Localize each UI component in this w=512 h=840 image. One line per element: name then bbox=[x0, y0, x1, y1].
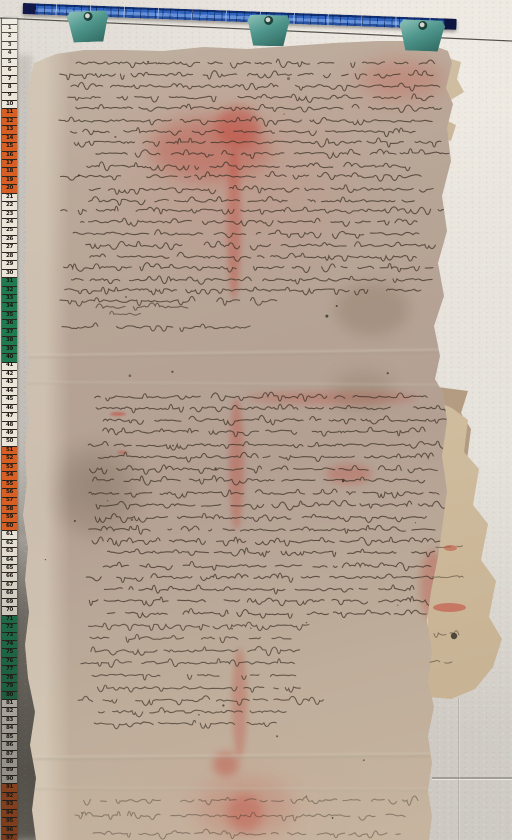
ruler-cm-cell: 25 bbox=[2, 227, 17, 235]
ink-speck bbox=[332, 817, 334, 819]
ruler-cm-number: 85 bbox=[6, 735, 13, 741]
ruler-cm-number: 77 bbox=[6, 667, 13, 673]
ruler-cm-cell: 74 bbox=[2, 640, 17, 648]
ruler-cm-cell: 2 bbox=[2, 32, 17, 40]
ruler-cm-number: 6 bbox=[8, 68, 12, 74]
ruler-cm-number: 19 bbox=[6, 178, 13, 184]
ruler-cm-number: 55 bbox=[6, 482, 13, 488]
ruler-cm-number: 74 bbox=[6, 642, 13, 648]
ruler-cm-number: 22 bbox=[6, 203, 13, 209]
ruler-cm-number: 81 bbox=[6, 701, 13, 707]
photo-scene: 1234567891011121314151617181920212223242… bbox=[0, 0, 512, 840]
ruler-cm-cell: 75 bbox=[2, 648, 17, 656]
vertical-measuring-tape: 1234567891011121314151617181920212223242… bbox=[2, 18, 17, 840]
handwriting-line bbox=[89, 197, 414, 206]
ruler-cm-cell: 94 bbox=[2, 809, 17, 817]
ruler-cm-number: 66 bbox=[6, 574, 13, 580]
ruler-cm-cell: 21 bbox=[2, 193, 17, 201]
ruler-cm-cell: 73 bbox=[2, 632, 17, 640]
ink-speck bbox=[415, 522, 416, 523]
ruler-cm-number: 52 bbox=[6, 456, 13, 462]
clip-handle-hole bbox=[83, 12, 92, 21]
ruler-cm-cell: 46 bbox=[2, 404, 17, 412]
ruler-cm-cell: 10 bbox=[2, 100, 17, 108]
ruler-cm-number: 45 bbox=[6, 397, 13, 403]
ruler-cm-cell: 92 bbox=[2, 792, 17, 800]
ruler-cm-number: 47 bbox=[6, 414, 13, 420]
handwriting-line bbox=[90, 465, 438, 474]
handwriting-line bbox=[68, 94, 433, 103]
ruler-cm-cell: 56 bbox=[2, 488, 17, 496]
ruler-cm-cell: 63 bbox=[2, 547, 17, 555]
ruler-cm-number: 67 bbox=[6, 583, 13, 589]
ink-speck bbox=[172, 445, 174, 447]
ruler-cm-number: 29 bbox=[6, 262, 13, 268]
handwriting-line bbox=[92, 674, 296, 680]
ink-speck bbox=[306, 795, 307, 796]
ruler-cm-cell: 7 bbox=[2, 75, 17, 83]
ruler-cm-cell: 15 bbox=[2, 142, 17, 150]
handwriting-line bbox=[98, 452, 433, 462]
ruler-cm-number: 41 bbox=[6, 363, 13, 369]
ruler-cm-number: 50 bbox=[6, 439, 13, 445]
ink-speck bbox=[81, 812, 83, 814]
ruler-cm-number: 42 bbox=[6, 372, 13, 378]
ruler-cm-number: 69 bbox=[6, 600, 13, 606]
handwriting-line bbox=[89, 622, 309, 630]
seal-stain bbox=[227, 148, 241, 300]
ruler-cm-cell: 72 bbox=[2, 623, 17, 631]
ruler-cm-cell: 11 bbox=[2, 108, 17, 116]
ruler-cm-number: 61 bbox=[6, 532, 13, 538]
ruler-cm-cell: 18 bbox=[2, 167, 17, 175]
handwriting-line bbox=[96, 303, 188, 310]
ruler-cm-number: 80 bbox=[6, 693, 13, 699]
handwriting-line bbox=[97, 685, 300, 692]
ruler-cm-cell: 45 bbox=[2, 395, 17, 403]
ruler-cm-cell: 66 bbox=[2, 572, 17, 580]
ruler-cm-cell: 77 bbox=[2, 665, 17, 673]
ruler-cm-number: 9 bbox=[8, 93, 12, 99]
ruler-cm-cell: 57 bbox=[2, 497, 17, 505]
seal-stain bbox=[216, 106, 260, 148]
handwriting-line bbox=[76, 104, 442, 112]
ruler-cm-cell: 85 bbox=[2, 733, 17, 741]
ruler-cm-number: 33 bbox=[6, 296, 13, 302]
ruler-cm-number: 65 bbox=[6, 566, 13, 572]
ink-speck bbox=[78, 174, 80, 176]
ruler-cm-cell: 80 bbox=[2, 691, 17, 699]
ruler-cm-number: 44 bbox=[6, 389, 13, 395]
ruler-cm-cell: 3 bbox=[2, 41, 17, 49]
ruler-cm-cell: 82 bbox=[2, 707, 17, 715]
ruler-cm-number: 21 bbox=[6, 195, 13, 201]
seal-stain bbox=[232, 648, 247, 758]
ruler-cm-cell: 33 bbox=[2, 294, 17, 302]
ruler-cm-number: 83 bbox=[6, 718, 13, 724]
ruler-cm-number: 25 bbox=[6, 228, 13, 234]
ruler-cm-number: 28 bbox=[6, 254, 13, 260]
ruler-cm-number: 93 bbox=[6, 802, 13, 808]
ruler-cm-number: 96 bbox=[6, 828, 13, 834]
ruler-cm-cell: 44 bbox=[2, 387, 17, 395]
water-stain bbox=[332, 370, 394, 412]
ruler-cm-cell: 79 bbox=[2, 682, 17, 690]
ruler-cm-number: 46 bbox=[6, 406, 13, 412]
ruler-cm-number: 90 bbox=[6, 777, 13, 783]
ruler-cm-number: 72 bbox=[6, 625, 13, 631]
handwriting-line bbox=[61, 206, 446, 214]
seal-stain bbox=[110, 412, 126, 416]
ruler-cm-number: 32 bbox=[6, 288, 13, 294]
ruler-cm-number: 63 bbox=[6, 549, 13, 555]
handwriting-line bbox=[73, 230, 419, 239]
wall-seam-line bbox=[432, 777, 512, 779]
paper-crease bbox=[25, 349, 443, 358]
ruler-cm-cell: 20 bbox=[2, 184, 17, 192]
ruler-cm-cell: 64 bbox=[2, 556, 17, 564]
ruler-cm-number: 24 bbox=[6, 220, 13, 226]
ruler-cm-number: 78 bbox=[6, 676, 13, 682]
handwriting-line bbox=[86, 241, 450, 250]
ink-speck bbox=[147, 61, 149, 63]
ruler-cm-cell: 67 bbox=[2, 581, 17, 589]
ruler-cm-cell: 32 bbox=[2, 286, 17, 294]
ruler-cm-cell: 96 bbox=[2, 826, 17, 834]
ruler-cm-cell: 29 bbox=[2, 260, 17, 268]
ruler-cm-number: 71 bbox=[6, 617, 13, 623]
ruler-cm-cell: 65 bbox=[2, 564, 17, 572]
ruler-cm-number: 35 bbox=[6, 313, 13, 319]
handwriting-line bbox=[108, 548, 435, 557]
ruler-cm-cell: 58 bbox=[2, 505, 17, 513]
ruler-cm-cell: 13 bbox=[2, 125, 17, 133]
seal-stain bbox=[326, 464, 372, 484]
ruler-cm-cell: 55 bbox=[2, 480, 17, 488]
water-stain bbox=[58, 450, 136, 538]
handwriting-line bbox=[95, 513, 426, 522]
handwriting-line bbox=[103, 427, 425, 437]
ruler-cm-number: 7 bbox=[8, 77, 12, 83]
ink-speck bbox=[363, 759, 365, 761]
ruler-cm-number: 49 bbox=[6, 431, 13, 437]
ruler-cm-cell: 37 bbox=[2, 328, 17, 336]
handwriting-line bbox=[110, 311, 152, 315]
ruler-cm-cell: 47 bbox=[2, 412, 17, 420]
ruler-cm-cell: 50 bbox=[2, 437, 17, 445]
handwriting-line bbox=[103, 561, 431, 570]
ruler-cm-number: 54 bbox=[6, 473, 13, 479]
ruler-cm-number: 87 bbox=[6, 752, 13, 758]
ruler-cm-cell: 24 bbox=[2, 218, 17, 226]
ruler-cm-number: 8 bbox=[8, 85, 12, 91]
handwriting-line bbox=[91, 646, 311, 655]
handwriting-line bbox=[89, 525, 435, 534]
handwriting-line bbox=[96, 500, 448, 510]
handwriting-line bbox=[90, 634, 291, 642]
ruler-cm-number: 31 bbox=[6, 279, 13, 285]
handwriting-line bbox=[86, 573, 437, 582]
ruler-cm-number: 16 bbox=[6, 153, 13, 159]
ruler-cm-number: 36 bbox=[6, 321, 13, 327]
ruler-cm-cell: 97 bbox=[2, 834, 17, 840]
ruler-cm-cell: 51 bbox=[2, 446, 17, 454]
ruler-cm-number: 57 bbox=[6, 498, 13, 504]
ruler-cm-cell: 61 bbox=[2, 530, 17, 538]
ruler-cm-number: 20 bbox=[6, 186, 13, 192]
ruler-cm-cell: 35 bbox=[2, 311, 17, 319]
ruler-cm-number: 5 bbox=[8, 60, 12, 66]
ruler-cm-number: 73 bbox=[6, 633, 13, 639]
ruler-cm-number: 53 bbox=[6, 465, 13, 471]
handwriting-line bbox=[60, 296, 277, 306]
ink-speck bbox=[287, 77, 290, 80]
ruler-cm-number: 38 bbox=[6, 338, 13, 344]
handwriting-line bbox=[89, 185, 433, 194]
bulldog-clip bbox=[247, 15, 291, 47]
handwriting-line bbox=[78, 696, 323, 706]
handwriting-line bbox=[94, 720, 285, 728]
ruler-cm-cell: 48 bbox=[2, 421, 17, 429]
ruler-cm-number: 43 bbox=[6, 380, 13, 386]
ruler-cm-number: 79 bbox=[6, 684, 13, 690]
ruler-cm-number: 34 bbox=[6, 304, 13, 310]
ruler-cm-number: 82 bbox=[6, 709, 13, 715]
ruler-cm-cell: 39 bbox=[2, 345, 17, 353]
handwriting-line bbox=[81, 659, 294, 668]
handwriting-line bbox=[96, 404, 452, 412]
ruler-cm-cell: 5 bbox=[2, 58, 17, 66]
ruler-cm-number: 4 bbox=[8, 51, 12, 57]
ink-speck bbox=[397, 605, 398, 606]
ruler-cm-cell: 12 bbox=[2, 117, 17, 125]
handwriting-line bbox=[90, 252, 416, 261]
ruler-cm-cell: 69 bbox=[2, 598, 17, 606]
ruler-cm-number: 59 bbox=[6, 515, 13, 521]
ink-speck bbox=[325, 315, 328, 318]
water-stain bbox=[335, 282, 409, 336]
handwriting-line bbox=[98, 708, 286, 717]
ruler-cm-number: 48 bbox=[6, 423, 13, 429]
ruler-cm-cell: 60 bbox=[2, 522, 17, 530]
ruler-cm-number: 37 bbox=[6, 330, 13, 336]
handwriting-line bbox=[92, 537, 449, 546]
ruler-cm-cell: 34 bbox=[2, 302, 17, 310]
ruler-cm-cell: 14 bbox=[2, 134, 17, 142]
ink-speck bbox=[114, 136, 116, 138]
ruler-cm-cell: 16 bbox=[2, 151, 17, 159]
ruler-cm-cell: 91 bbox=[2, 783, 17, 791]
ink-speck bbox=[306, 622, 308, 624]
ruler-cm-cell: 89 bbox=[2, 767, 17, 775]
ink-speck bbox=[276, 735, 278, 737]
ruler-cm-number: 14 bbox=[6, 136, 13, 142]
ruler-cm-number: 12 bbox=[6, 119, 13, 125]
seal-stain bbox=[229, 398, 244, 530]
ruler-cm-cell: 59 bbox=[2, 513, 17, 521]
ruler-cm-cell: 52 bbox=[2, 454, 17, 462]
ruler-cm-number: 86 bbox=[6, 743, 13, 749]
ruler-cm-cell: 53 bbox=[2, 463, 17, 471]
handwriting-line bbox=[62, 323, 250, 332]
ruler-cm-number: 70 bbox=[6, 608, 13, 614]
ruler-cm-number: 26 bbox=[6, 237, 13, 243]
ruler-cm-number: 91 bbox=[6, 785, 13, 791]
ruler-cm-number: 51 bbox=[6, 448, 13, 454]
ruler-cm-cell: 87 bbox=[2, 750, 17, 758]
ink-speck bbox=[250, 627, 252, 629]
handwriting-line bbox=[64, 263, 433, 273]
ruler-cm-cell: 36 bbox=[2, 319, 17, 327]
ruler-cm-number: 3 bbox=[8, 43, 12, 49]
ink-speck bbox=[129, 374, 132, 377]
ink-speck bbox=[45, 559, 46, 560]
ruler-cm-cell: 90 bbox=[2, 775, 17, 783]
ruler-cm-number: 68 bbox=[6, 591, 13, 597]
ruler-cm-number: 40 bbox=[6, 355, 13, 361]
ink-speck bbox=[231, 628, 233, 630]
ruler-cm-cell: 41 bbox=[2, 362, 17, 370]
ink-speck bbox=[131, 519, 134, 522]
clip-handle-hole bbox=[418, 21, 427, 30]
handwriting-line bbox=[104, 585, 422, 594]
seal-stain bbox=[360, 60, 444, 98]
ruler-cm-cell: 40 bbox=[2, 353, 17, 361]
ruler-cm-cell: 30 bbox=[2, 269, 17, 277]
ruler-cm-cell: 83 bbox=[2, 716, 17, 724]
ruler-cm-number: 39 bbox=[6, 347, 13, 353]
ruler-cm-cell: 88 bbox=[2, 758, 17, 766]
ruler-cm-cell: 49 bbox=[2, 429, 17, 437]
handwriting-line bbox=[88, 441, 447, 450]
ruler-cm-cell: 38 bbox=[2, 336, 17, 344]
ink-speck bbox=[222, 704, 224, 706]
ruler-cm-number: 60 bbox=[6, 524, 13, 530]
ruler-cm-cell: 28 bbox=[2, 252, 17, 260]
handwriting-line bbox=[107, 609, 426, 619]
ruler-cm-number: 89 bbox=[6, 768, 13, 774]
ruler-cm-cell: 31 bbox=[2, 277, 17, 285]
ruler-cm-number: 58 bbox=[6, 507, 13, 513]
ruler-cm-cell: 26 bbox=[2, 235, 17, 243]
ruler-cm-cell: 62 bbox=[2, 539, 17, 547]
ruler-cm-cell: 42 bbox=[2, 370, 17, 378]
ink-speck bbox=[125, 296, 127, 298]
ruler-cm-number: 75 bbox=[6, 650, 13, 656]
ruler-cm-number: 95 bbox=[6, 819, 13, 825]
ruler-cm-cell: 9 bbox=[2, 92, 17, 100]
bulldog-clip bbox=[398, 19, 445, 52]
ruler-cm-cell: 1 bbox=[2, 24, 17, 32]
ruler-cm-cell: 70 bbox=[2, 606, 17, 614]
ink-speck bbox=[214, 467, 216, 469]
ruler-cm-number: 84 bbox=[6, 726, 13, 732]
ruler-cm-number: 1 bbox=[8, 26, 12, 32]
ruler-cm-number: 27 bbox=[6, 245, 13, 251]
ruler-cm-cell: 19 bbox=[2, 176, 17, 184]
ruler-cm-cell: 6 bbox=[2, 66, 17, 74]
ink-speck bbox=[387, 372, 389, 374]
ruler-cm-cell: 17 bbox=[2, 159, 17, 167]
handwriting-line bbox=[96, 149, 449, 159]
ruler-cm-cell: 84 bbox=[2, 724, 17, 732]
ink-speck bbox=[198, 714, 200, 716]
ruler-cm-number: 94 bbox=[6, 811, 13, 817]
ruler-cm-number: 17 bbox=[6, 161, 13, 167]
ruler-cm-number: 10 bbox=[6, 102, 13, 108]
handwriting-line bbox=[89, 489, 449, 498]
ruler-cm-number: 88 bbox=[6, 760, 13, 766]
ruler-cm-cell: 86 bbox=[2, 741, 17, 749]
ruler-cm-cell: 78 bbox=[2, 674, 17, 682]
ruler-cm-number: 64 bbox=[6, 558, 13, 564]
ruler-cm-cell: 95 bbox=[2, 817, 17, 825]
ruler-cm-number: 92 bbox=[6, 794, 13, 800]
ruler-cm-cell: 27 bbox=[2, 243, 17, 251]
handwriting-line bbox=[89, 596, 443, 605]
ruler-cm-number: 76 bbox=[6, 659, 13, 665]
ruler-cm-cell: 23 bbox=[2, 210, 17, 218]
ruler-cm-cell: 68 bbox=[2, 589, 17, 597]
wall-seam-line-vertical bbox=[458, 698, 459, 840]
ruler-cm-number: 15 bbox=[6, 144, 13, 150]
ruler-cm-number: 56 bbox=[6, 490, 13, 496]
ruler-cm-number: 13 bbox=[6, 127, 13, 133]
ruler-cm-number: 2 bbox=[8, 34, 12, 40]
ruler-cm-cell: 71 bbox=[2, 615, 17, 623]
handwriting-line bbox=[93, 476, 425, 486]
seal-stain bbox=[117, 451, 128, 454]
ruler-cm-cell: 76 bbox=[2, 657, 17, 665]
ruler-cm-cell: 93 bbox=[2, 800, 17, 808]
ruler-cm-cell: 81 bbox=[2, 699, 17, 707]
ruler-cm-number: 62 bbox=[6, 541, 13, 547]
ruler-cm-cell: 8 bbox=[2, 83, 17, 91]
ruler-cm-cell: 22 bbox=[2, 201, 17, 209]
ruler-cm-cell: 43 bbox=[2, 378, 17, 386]
bulldog-clip bbox=[66, 10, 109, 42]
handwriting-line bbox=[103, 415, 446, 425]
ruler-cm-number: 18 bbox=[6, 169, 13, 175]
ruler-cm-number: 97 bbox=[6, 836, 13, 840]
ink-speck bbox=[283, 113, 284, 114]
handwriting-line bbox=[80, 218, 417, 226]
ruler-cm-cell: 4 bbox=[2, 49, 17, 57]
ruler-cm-number: 23 bbox=[6, 212, 13, 218]
ruler-cm-number: 11 bbox=[6, 110, 13, 116]
ruler-cm-number: 30 bbox=[6, 271, 13, 277]
ruler-cm-cell: 54 bbox=[2, 471, 17, 479]
ink-speck bbox=[171, 371, 173, 373]
